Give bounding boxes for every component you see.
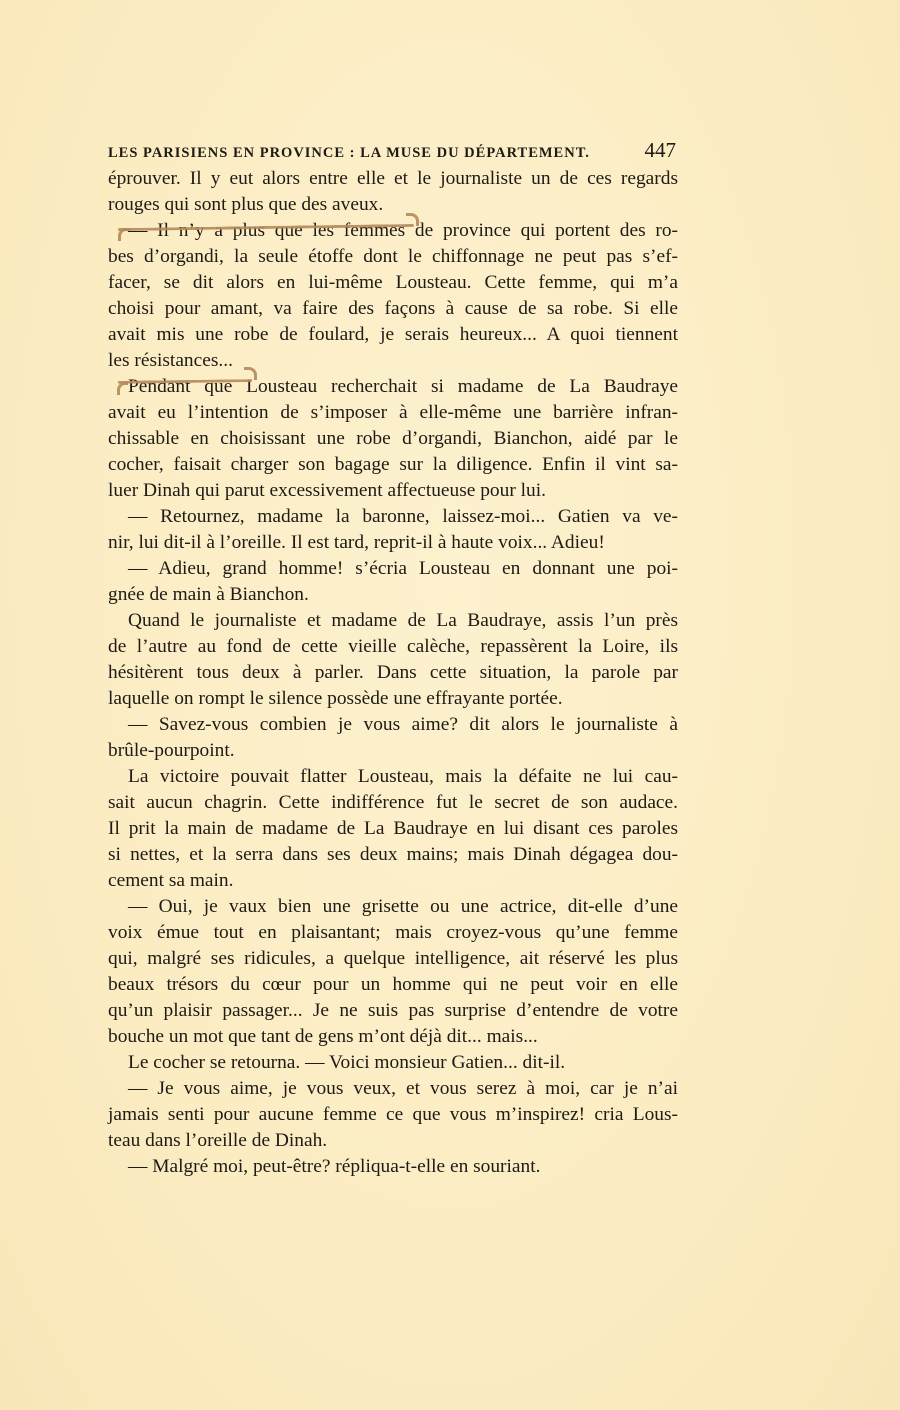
body-text: éprouver. Il y eut alors entre elle et l… [108, 166, 678, 1180]
text-line: choisi pour amant, va faire des façons à… [108, 296, 678, 322]
text-line: luer Dinah qui parut excessivement affec… [108, 478, 678, 504]
page-number: 447 [645, 138, 677, 163]
text-line: laquelle on rompt le silence possède une… [108, 686, 678, 712]
text-line: jamais senti pour aucune femme ce que vo… [108, 1102, 678, 1128]
text-line: beaux trésors du cœur pour un homme qui … [108, 972, 678, 998]
text-line: Le cocher se retourna. — Voici monsieur … [108, 1050, 678, 1076]
text-line: bes d’organdi, la seule étoffe dont le c… [108, 244, 678, 270]
pencil-start-1 [118, 228, 129, 241]
text-line: qui, malgré ses ridicules, a quelque int… [108, 946, 678, 972]
text-line: sait aucun chagrin. Cette indifférence f… [108, 790, 678, 816]
text-line: La victoire pouvait flatter Lousteau, ma… [108, 764, 678, 790]
text-line: facer, se dit alors en lui-même Lousteau… [108, 270, 678, 296]
text-line: hésitèrent tous deux à parler. Dans cett… [108, 660, 678, 686]
book-page: LES PARISIENS EN PROVINCE : LA MUSE DU D… [108, 138, 678, 1180]
text-line: — Retournez, madame la baronne, laissez-… [108, 504, 678, 530]
text-line: — Malgré moi, peut-être? répliqua-t-elle… [108, 1154, 678, 1180]
text-line: — Adieu, grand homme! s’écria Lousteau e… [108, 556, 678, 582]
text-line: qu’un plaisir passager... Je ne suis pas… [108, 998, 678, 1024]
text-line: nir, lui dit-il à l’oreille. Il est tard… [108, 530, 678, 556]
text-line: rouges qui sont plus que des aveux. [108, 192, 678, 218]
text-line: Pendant que Lousteau recherchait si mada… [108, 374, 678, 400]
text-line: si nettes, et la serra dans ses deux mai… [108, 842, 678, 868]
text-line: brûle-pourpoint. [108, 738, 678, 764]
text-line: de l’autre au fond de cette vieille calè… [108, 634, 678, 660]
text-line: avait eu l’intention de s’imposer à elle… [108, 400, 678, 426]
text-line: teau dans l’oreille de Dinah. [108, 1128, 678, 1154]
running-head-title: LES PARISIENS EN PROVINCE : LA MUSE DU D… [108, 145, 590, 162]
text-line: — Savez-vous combien je vous aime? dit a… [108, 712, 678, 738]
text-line: — Oui, je vaux bien une grisette ou une … [108, 894, 678, 920]
pencil-start-2 [117, 382, 128, 395]
text-line: les résistances... [108, 348, 678, 374]
running-head: LES PARISIENS EN PROVINCE : LA MUSE DU D… [108, 138, 678, 166]
text-line: éprouver. Il y eut alors entre elle et l… [108, 166, 678, 192]
text-line: — Il n’y a plus que les femmes de provin… [108, 218, 678, 244]
pencil-hook-1 [406, 213, 419, 226]
text-line: cement sa main. [108, 868, 678, 894]
text-line: cocher, faisait charger son bagage sur l… [108, 452, 678, 478]
text-line: — Je vous aime, je vous veux, et vous se… [108, 1076, 678, 1102]
text-line: chissable en choisissant une robe d’orga… [108, 426, 678, 452]
text-line: avait mis une robe de foulard, je serais… [108, 322, 678, 348]
pencil-hook-2 [244, 367, 257, 380]
text-line: bouche un mot que tant de gens m’ont déj… [108, 1024, 678, 1050]
text-line: gnée de main à Bianchon. [108, 582, 678, 608]
text-line: Quand le journaliste et madame de La Bau… [108, 608, 678, 634]
text-line: voix émue tout en plaisantant; mais croy… [108, 920, 678, 946]
text-line: Il prit la main de madame de La Baudraye… [108, 816, 678, 842]
